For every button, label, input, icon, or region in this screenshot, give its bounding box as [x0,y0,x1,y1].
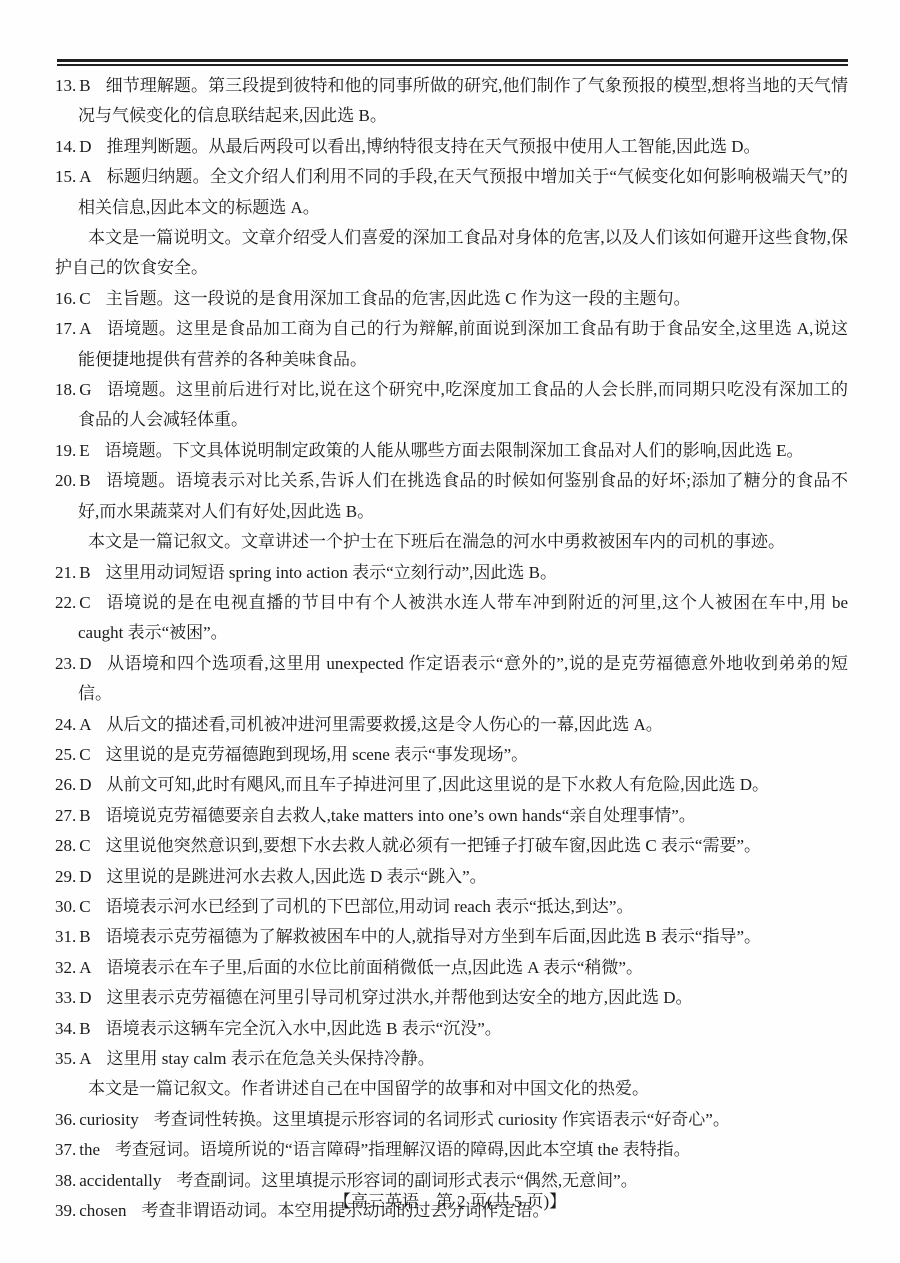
question-number: 34. [55,1019,76,1038]
answer-value: A [79,319,91,338]
answer-value: D [79,988,91,1007]
explanation-text: 语境说的是在电视直播的节目中有个人被洪水连人带车冲到附近的河里,这个人被困在车中… [78,593,848,642]
question-number: 27. [55,806,76,825]
question-number: 35. [55,1049,76,1068]
explanation-text: 从后文的描述看,司机被冲进河里需要救援,这是令人伤心的一幕,因此选 A。 [107,715,663,734]
top-rule-upper-line [57,59,848,62]
answer-item-26: 26.D从前文可知,此时有飓风,而且车子掉进河里了,因此这里说的是下水救人有危险… [55,770,848,800]
question-number: 22. [55,593,76,612]
explanation-text: 这里说的是克劳福德跑到现场,用 scene 表示“事发现场”。 [106,745,529,764]
answer-item-23: 23.D从语境和四个选项看,这里用 unexpected 作定语表示“意外的”,… [55,649,848,710]
explanation-text: 从前文可知,此时有飓风,而且车子掉进河里了,因此这里说的是下水救人有危险,因此选… [107,775,770,794]
explanation-text: 这里表示克劳福德在河里引导司机穿过洪水,并帮他到达安全的地方,因此选 D。 [107,988,693,1007]
question-number: 32. [55,958,76,977]
answer-explanation-list: 13.B细节理解题。第三段提到彼特和他的同事所做的研究,他们制作了气象预报的模型… [0,71,900,1226]
answer-value: B [79,563,90,582]
question-number: 20. [55,471,76,490]
answer-item-18: 18.G语境题。这里前后进行对比,说在这个研究中,吃深度加工食品的人会长胖,而同… [55,375,848,436]
answer-value: D [79,137,91,156]
answer-value: B [79,927,90,946]
explanation-text: 这里用动词短语 spring into action 表示“立刻行动”,因此选 … [106,563,557,582]
answer-item-27: 27.B语境说克劳福德要亲自去救人,take matters into one’… [55,801,848,831]
explanation-text: 语境题。这里前后进行对比,说在这个研究中,吃深度加工食品的人会长胖,而同期只吃没… [78,380,848,429]
answer-item-30: 30.C语境表示河水已经到了司机的下巴部位,用动词 reach 表示“抵达,到达… [55,892,848,922]
question-number: 19. [55,441,76,460]
question-number: 15. [55,167,76,186]
answer-item-22: 22.C语境说的是在电视直播的节目中有个人被洪水连人带车冲到附近的河里,这个人被… [55,588,848,649]
answer-item-34: 34.B语境表示这辆车完全沉入水中,因此选 B 表示“沉没”。 [55,1014,848,1044]
explanation-text: 主旨题。这一段说的是食用深加工食品的危害,因此选 C 作为这一段的主题句。 [106,289,691,308]
question-number: 36. [55,1110,76,1129]
answer-value: curiosity [79,1110,139,1129]
answer-item-13: 13.B细节理解题。第三段提到彼特和他的同事所做的研究,他们制作了气象预报的模型… [55,71,848,132]
explanation-text: 细节理解题。第三段提到彼特和他的同事所做的研究,他们制作了气象预报的模型,想将当… [78,76,848,125]
answer-item-35: 35.A这里用 stay calm 表示在危急关头保持冷静。 [55,1044,848,1074]
question-number: 38. [55,1171,76,1190]
answer-item-25: 25.C这里说的是克劳福德跑到现场,用 scene 表示“事发现场”。 [55,740,848,770]
question-number: 29. [55,867,76,886]
answer-item-15: 15.A标题归纳题。全文介绍人们利用不同的手段,在天气预报中增加关于“气候变化如… [55,162,848,223]
explanation-text: 语境说克劳福德要亲自去救人,take matters into one’s ow… [106,806,696,825]
question-number: 17. [55,319,76,338]
explanation-text: 语境表示克劳福德为了解救被困车中的人,就指导对方坐到车后面,因此选 B 表示“指… [106,927,761,946]
explanation-text: 推理判断题。从最后两段可以看出,博纳特很支持在天气预报中使用人工智能,因此选 D… [107,137,761,156]
answer-value: C [79,289,90,308]
answer-item-32: 32.A语境表示在车子里,后面的水位比前面稍微低一点,因此选 A 表示“稍微”。 [55,953,848,983]
answer-value: B [79,1019,90,1038]
answer-item-28: 28.C这里说他突然意识到,要想下水去救人就必须有一把锤子打破车窗,因此选 C … [55,831,848,861]
question-number: 31. [55,927,76,946]
explanation-text: 这里用 stay calm 表示在危急关头保持冷静。 [107,1049,435,1068]
explanation-text: 从语境和四个选项看,这里用 unexpected 作定语表示“意外的”,说的是克… [78,654,848,703]
section-intro-paragraph: 本文是一篇说明文。文章介绍受人们喜爱的深加工食品对身体的危害,以及人们该如何避开… [55,223,848,284]
section-intro-paragraph: 本文是一篇记叙文。文章讲述一个护士在下班后在湍急的河水中勇救被困车内的司机的事迹… [55,527,848,557]
answer-value: A [79,958,91,977]
answer-item-17: 17.A语境题。这里是食品加工商为自己的行为辩解,前面说到深加工食品有助于食品安… [55,314,848,375]
question-number: 16. [55,289,76,308]
question-number: 18. [55,380,76,399]
question-number: 23. [55,654,76,673]
explanation-text: 考查冠词。语境所说的“语言障碍”指理解汉语的障碍,因此本空填 the 表特指。 [115,1140,691,1159]
question-number: 25. [55,745,76,764]
answer-item-31: 31.B语境表示克劳福德为了解救被困车中的人,就指导对方坐到车后面,因此选 B … [55,922,848,952]
question-number: 14. [55,137,76,156]
answer-item-29: 29.D这里说的是跳进河水去救人,因此选 D 表示“跳入”。 [55,862,848,892]
explanation-text: 语境表示这辆车完全沉入水中,因此选 B 表示“沉没”。 [106,1019,502,1038]
question-number: 28. [55,836,76,855]
answer-value: B [79,806,90,825]
explanation-text: 标题归纳题。全文介绍人们利用不同的手段,在天气预报中增加关于“气候变化如何影响极… [78,167,848,216]
answer-value: D [79,867,91,886]
question-number: 13. [55,76,76,95]
answer-value: C [79,745,90,764]
explanation-text: 语境表示河水已经到了司机的下巴部位,用动词 reach 表示“抵达,到达”。 [106,897,634,916]
answer-key-page: 13.B细节理解题。第三段提到彼特和他的同事所做的研究,他们制作了气象预报的模型… [0,0,900,1263]
answer-value: A [79,167,91,186]
answer-value: G [79,380,91,399]
answer-item-20: 20.B语境题。语境表示对比关系,告诉人们在挑选食品的时候如何鉴别食品的好坏;添… [55,466,848,527]
explanation-text: 语境题。语境表示对比关系,告诉人们在挑选食品的时候如何鉴别食品的好坏;添加了糖分… [78,471,848,520]
explanation-text: 语境题。下文具体说明制定政策的人能从哪些方面去限制深加工食品对人们的影响,因此选… [105,441,804,460]
explanation-text: 这里说的是跳进河水去救人,因此选 D 表示“跳入”。 [107,867,487,886]
question-number: 30. [55,897,76,916]
answer-item-33: 33.D这里表示克劳福德在河里引导司机穿过洪水,并帮他到达安全的地方,因此选 D… [55,983,848,1013]
explanation-text: 考查副词。这里填提示形容词的副词形式表示“偶然,无意间”。 [176,1171,637,1190]
answer-value: accidentally [79,1171,161,1190]
answer-value: A [79,1049,91,1068]
question-number: 26. [55,775,76,794]
answer-value: C [79,836,90,855]
answer-value: D [79,775,91,794]
explanation-text: 考查词性转换。这里填提示形容词的名词形式 curiosity 作宾语表示“好奇心… [154,1110,730,1129]
explanation-text: 语境表示在车子里,后面的水位比前面稍微低一点,因此选 A 表示“稍微”。 [107,958,643,977]
answer-value: the [79,1140,100,1159]
answer-value: A [79,715,91,734]
answer-value: D [79,654,91,673]
question-number: 33. [55,988,76,1007]
answer-value: B [79,76,90,95]
answer-item-16: 16.C主旨题。这一段说的是食用深加工食品的危害,因此选 C 作为这一段的主题句… [55,284,848,314]
answer-item-19: 19.E语境题。下文具体说明制定政策的人能从哪些方面去限制深加工食品对人们的影响… [55,436,848,466]
question-number: 37. [55,1140,76,1159]
answer-item-21: 21.B这里用动词短语 spring into action 表示“立刻行动”,… [55,558,848,588]
explanation-text: 语境题。这里是食品加工商为自己的行为辩解,前面说到深加工食品有助于食品安全,这里… [78,319,848,368]
top-rule-lower-line [57,64,848,66]
section-intro-paragraph: 本文是一篇记叙文。作者讲述自己在中国留学的故事和对中国文化的热爱。 [55,1074,848,1104]
answer-value: C [79,897,90,916]
answer-item-36: 36.curiosity考查词性转换。这里填提示形容词的名词形式 curiosi… [55,1105,848,1135]
question-number: 24. [55,715,76,734]
answer-value: B [79,471,90,490]
answer-item-14: 14.D推理判断题。从最后两段可以看出,博纳特很支持在天气预报中使用人工智能,因… [55,132,848,162]
answer-item-24: 24.A从后文的描述看,司机被冲进河里需要救援,这是令人伤心的一幕,因此选 A。 [55,710,848,740]
answer-item-37: 37.the考查冠词。语境所说的“语言障碍”指理解汉语的障碍,因此本空填 the… [55,1135,848,1165]
answer-value: E [79,441,89,460]
answer-value: C [79,593,90,612]
question-number: 21. [55,563,76,582]
page-footer: 【高三英语 第 2 页(共 5 页)】 [0,1190,900,1214]
top-double-rule [57,59,848,66]
explanation-text: 这里说他突然意识到,要想下水去救人就必须有一把锤子打破车窗,因此选 C 表示“需… [106,836,761,855]
